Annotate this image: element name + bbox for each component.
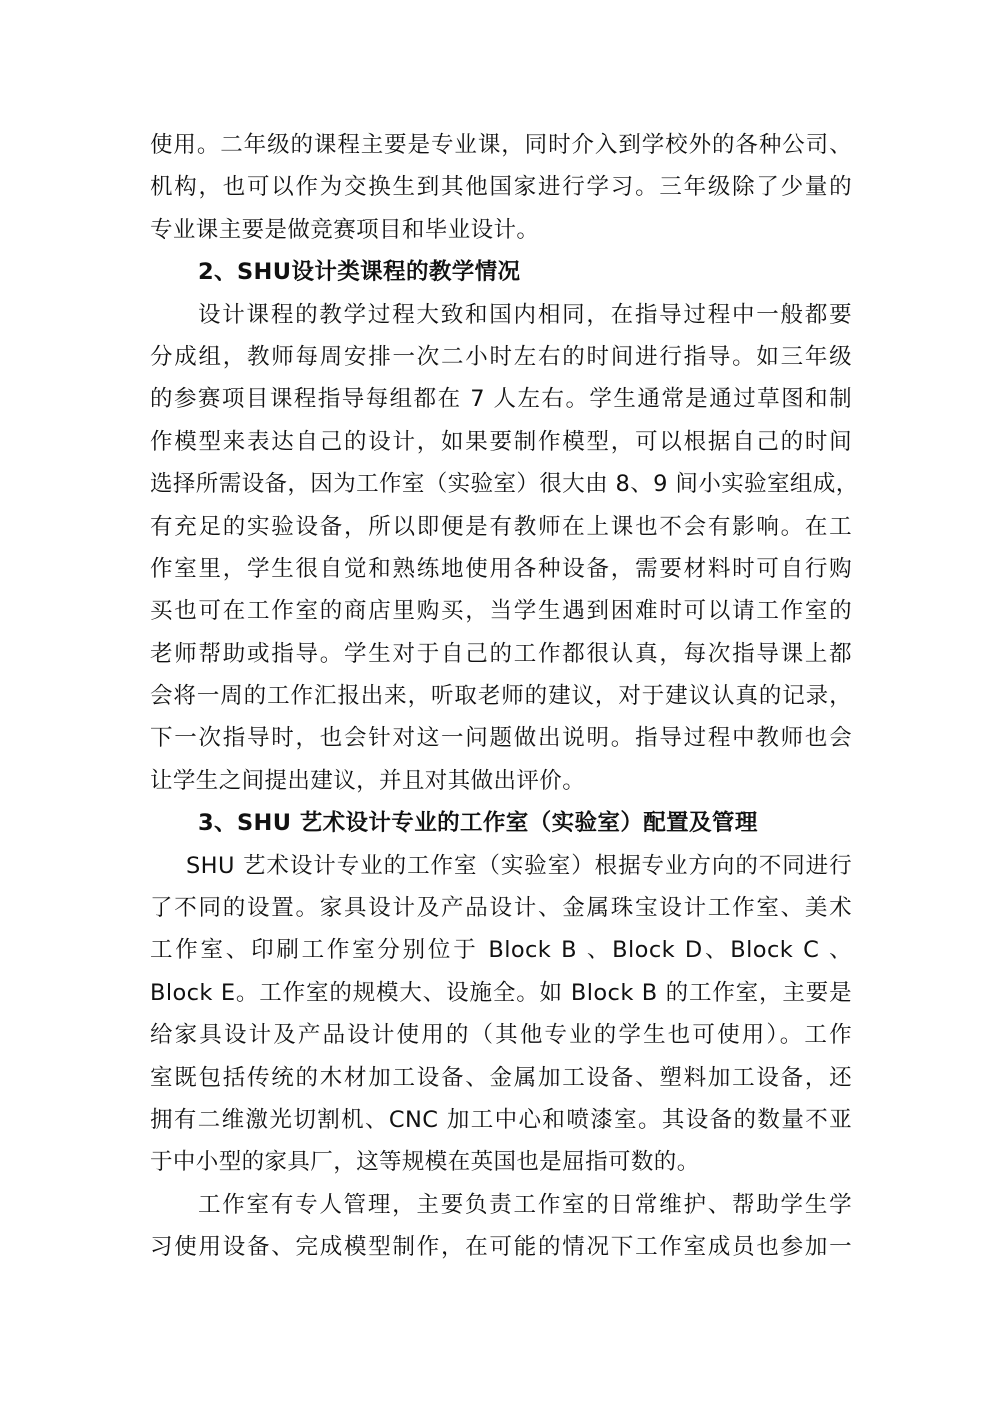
heading-suffix: ）配置及管理 (620, 810, 757, 836)
text-line: 给家具设计及产品设计使用的（其他专业的学生也可使用）。工作 (150, 1014, 852, 1056)
paragraph-teaching: 设计课程的教学过程大致和国内相同，在指导过程中一般都要 分成组，教师每周安排一次… (150, 294, 852, 803)
paragraph-curriculum: 使用。二年级的课程主要是专业课，同时介入到学校外的各种公司、 机构，也可以作为交… (150, 124, 852, 251)
section-heading-3: 3、SHU 艺术设计专业的工作室（实验室）配置及管理 (150, 802, 852, 844)
text-line: 习使用设备、完成模型制作，在可能的情况下工作室成员也参加一 (150, 1226, 852, 1268)
text-line: 买也可在工作室的商店里购买，当学生遇到困难时可以请工作室的 (150, 590, 852, 632)
text-line: 使用。二年级的课程主要是专业课，同时介入到学校外的各种公司、 (150, 124, 852, 166)
text-line: 会将一周的工作汇报出来，听取老师的建议，对于建议认真的记录， (150, 675, 852, 717)
text-line: 分成组，教师每周安排一次二小时左右的时间进行指导。如三年级 (150, 336, 852, 378)
paragraph-workshop: SHU 艺术设计专业的工作室（实验室）根据专业方向的不同进行 了不同的设置。家具… (150, 845, 852, 1184)
text-line: 作室里，学生很自觉和熟练地使用各种设备，需要材料时可自行购 (150, 548, 852, 590)
text-line: 设计课程的教学过程大致和国内相同，在指导过程中一般都要 (150, 294, 852, 336)
text-line: 机构，也可以作为交换生到其他国家进行学习。三年级除了少量的 (150, 166, 852, 208)
text-line: 选择所需设备，因为工作室（实验室）很大由 8、9 间小实验室组成， (150, 463, 852, 505)
text-line: SHU 艺术设计专业的工作室（实验室）根据专业方向的不同进行 (150, 845, 852, 887)
text-line: 室既包括传统的木材加工设备、金属加工设备、塑料加工设备，还 (150, 1057, 852, 1099)
text-line: Block E。工作室的规模大、设施全。如 Block B 的工作室，主要是 (150, 972, 852, 1014)
text-line: 让学生之间提出建议，并且对其做出评价。 (150, 760, 852, 802)
text-line: 于中小型的家具厂，这等规模在英国也是屈指可数的。 (150, 1141, 852, 1183)
text-line: 专业课主要是做竞赛项目和毕业设计。 (150, 209, 852, 251)
text-line: 的参赛项目课程指导每组都在 7 人左右。学生通常是通过草图和制 (150, 378, 852, 420)
paragraph-management: 工作室有专人管理，主要负责工作室的日常维护、帮助学生学 习使用设备、完成模型制作… (150, 1184, 852, 1269)
heading-prefix: 3、SHU (198, 810, 300, 836)
document-page: 使用。二年级的课程主要是专业课，同时介入到学校外的各种公司、 机构，也可以作为交… (150, 124, 852, 1269)
text-line: 工作室、印刷工作室分别位于 Block B 、Block D、Block C 、 (150, 929, 852, 971)
text-line: 老师帮助或指导。学生对于自己的工作都很认真，每次指导课上都 (150, 633, 852, 675)
text-line: 了不同的设置。家具设计及产品设计、金属珠宝设计工作室、美术 (150, 887, 852, 929)
text-line: 拥有二维激光切割机、CNC 加工中心和喷漆室。其设备的数量不亚 (150, 1099, 852, 1141)
heading-bold-2: 实验室 (552, 810, 621, 836)
text-line: 作模型来表达自己的设计，如果要制作模型，可以根据自己的时间 (150, 421, 852, 463)
heading-bold-1: 艺术设计专业 (300, 810, 437, 836)
section-heading-2: 2、SHU设计类课程的教学情况 (150, 251, 852, 293)
text-line: 下一次指导时，也会针对这一问题做出说明。指导过程中教师也会 (150, 717, 852, 759)
text-line: 工作室有专人管理，主要负责工作室的日常维护、帮助学生学 (150, 1184, 852, 1226)
heading-mid: 的工作室（ (437, 810, 552, 836)
text-line: 有充足的实验设备，所以即便是有教师在上课也不会有影响。在工 (150, 506, 852, 548)
